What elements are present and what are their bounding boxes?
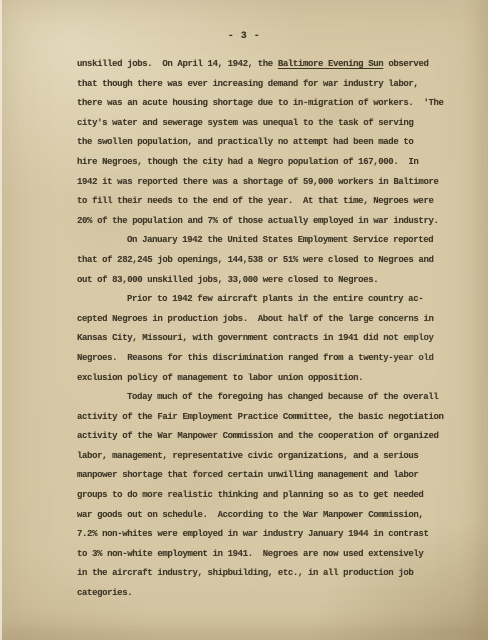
text-segment: activity of the Fair Employment Practice…: [77, 412, 444, 422]
text-line: On January 1942 the United States Employ…: [77, 231, 451, 251]
text-line: Negroes. Reasons for this discrimination…: [77, 349, 451, 369]
text-segment: observed: [383, 59, 428, 69]
text-segment: there was an acute housing shortage due …: [77, 98, 444, 108]
text-segment: war goods out on schedule. According to …: [77, 510, 423, 520]
text-segment: that of 282,245 job openings, 144,538 or…: [77, 255, 433, 265]
text-line: 7.2% non-whites were employed in war ind…: [77, 525, 451, 545]
text-segment: On January 1942 the United States Employ…: [127, 235, 433, 245]
text-segment: city's water and sewerage system was une…: [77, 118, 413, 128]
text-line: groups to do more realistic thinking and…: [77, 486, 451, 506]
text-line: categories.: [77, 584, 451, 604]
document-page: - 3 - unskilled jobs. On April 14, 1942,…: [0, 0, 488, 640]
text-segment: manpower shortage that forced certain un…: [77, 470, 418, 480]
text-segment: unskilled jobs. On April 14, 1942, the: [77, 59, 278, 69]
text-line: hire Negroes, though the city had a Negr…: [77, 153, 451, 173]
text-segment: categories.: [77, 588, 132, 598]
document-body: unskilled jobs. On April 14, 1942, the B…: [77, 55, 451, 604]
text-line: activity of the War Manpower Commission …: [77, 427, 451, 447]
underlined-publication-title: Baltimore Evening Sun: [278, 59, 383, 69]
text-segment: exclusion policy of management to labor …: [77, 373, 363, 383]
text-line: city's water and sewerage system was une…: [77, 114, 451, 134]
text-segment: the swollen population, and practically …: [77, 137, 413, 147]
text-segment: to 3% non-white employment in 1941. Negr…: [77, 549, 423, 559]
text-segment: labor, management, representative civic …: [77, 451, 418, 461]
text-line: unskilled jobs. On April 14, 1942, the B…: [77, 55, 451, 75]
text-line: cepted Negroes in production jobs. About…: [77, 310, 451, 330]
text-line: Today much of the foregoing has changed …: [77, 388, 451, 408]
text-segment: hire Negroes, though the city had a Negr…: [77, 157, 418, 167]
text-segment: 7.2% non-whites were employed in war ind…: [77, 529, 428, 539]
text-line: labor, management, representative civic …: [77, 447, 451, 467]
text-line: to 3% non-white employment in 1941. Negr…: [77, 545, 451, 565]
text-segment: Kansas City, Missouri, with government c…: [77, 333, 433, 343]
text-line: 1942 it was reported there was a shortag…: [77, 173, 451, 193]
text-segment: out of 83,000 unskilled jobs, 33,000 wer…: [77, 275, 378, 285]
text-line: Prior to 1942 few aircraft plants in the…: [77, 290, 451, 310]
text-line: Kansas City, Missouri, with government c…: [77, 329, 451, 349]
text-segment: cepted Negroes in production jobs. About…: [77, 314, 433, 324]
text-segment: activity of the War Manpower Commission …: [77, 431, 439, 441]
text-segment: that though there was ever increasing de…: [77, 79, 418, 89]
text-segment: 1942 it was reported there was a shortag…: [77, 177, 439, 187]
text-line: the swollen population, and practically …: [77, 133, 451, 153]
text-segment: Prior to 1942 few aircraft plants in the…: [127, 294, 423, 304]
page-number: - 3 -: [0, 31, 488, 42]
text-line: to fill their needs to the end of the ye…: [77, 192, 451, 212]
text-line: in the aircraft industry, shipbuilding, …: [77, 564, 451, 584]
text-segment: groups to do more realistic thinking and…: [77, 490, 423, 500]
text-line: war goods out on schedule. According to …: [77, 506, 451, 526]
text-line: out of 83,000 unskilled jobs, 33,000 wer…: [77, 271, 451, 291]
text-line: that though there was ever increasing de…: [77, 75, 451, 95]
text-segment: in the aircraft industry, shipbuilding, …: [77, 568, 413, 578]
text-segment: to fill their needs to the end of the ye…: [77, 196, 433, 206]
text-line: activity of the Fair Employment Practice…: [77, 408, 451, 428]
text-segment: Today much of the foregoing has changed …: [127, 392, 438, 402]
text-line: 20% of the population and 7% of those ac…: [77, 212, 451, 232]
text-line: manpower shortage that forced certain un…: [77, 466, 451, 486]
text-line: there was an acute housing shortage due …: [77, 94, 451, 114]
text-segment: Negroes. Reasons for this discrimination…: [77, 353, 433, 363]
text-line: exclusion policy of management to labor …: [77, 369, 451, 389]
text-line: that of 282,245 job openings, 144,538 or…: [77, 251, 451, 271]
text-segment: 20% of the population and 7% of those ac…: [77, 216, 439, 226]
